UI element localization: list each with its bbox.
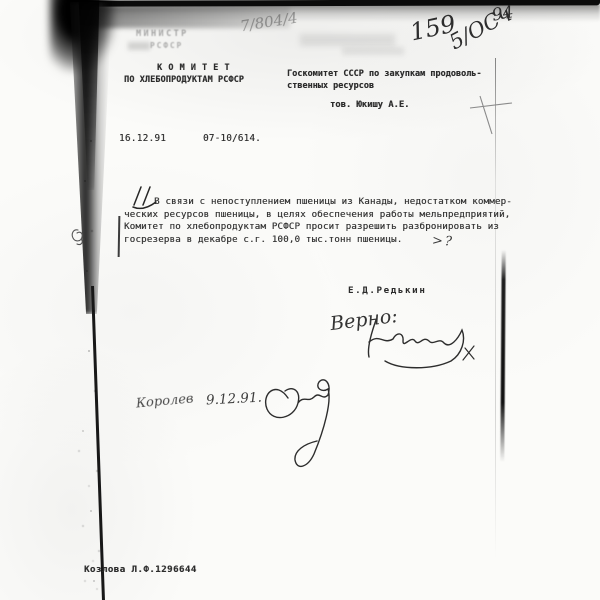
scan-noise-speckles — [74, 430, 76, 432]
body-line: В связи с непоступлением пшеницы из Кана… — [124, 196, 554, 209]
reviewer-signature — [256, 368, 356, 480]
faded-stamp-line2: РСФСР — [150, 41, 183, 50]
handwritten-insertion-mark — [131, 183, 159, 211]
handwritten-cross-mark — [466, 90, 516, 138]
faded-stamp-line1: МИНИСТР — [136, 29, 189, 39]
certifier-signature — [352, 310, 484, 374]
margin-doodle — [68, 226, 88, 248]
handwritten-registration-number: 94 — [490, 2, 515, 25]
document-date: 16.12.91 — [119, 133, 166, 144]
letterhead-subtitle: ПО ХЛЕБОПРОДУКТАМ РСФСР — [124, 75, 244, 85]
body-paragraph: В связи с непоступлением пшеницы из Кана… — [124, 196, 554, 246]
bleedthrough-smudge — [128, 42, 150, 50]
body-line: госрезерва в декабре с.г. 100,0 тыс.тонн… — [124, 234, 554, 247]
executor-line: Козлова Л.Ф.1296644 — [84, 564, 197, 575]
bleedthrough-smudge — [300, 34, 395, 46]
handwritten-reviewer-name: Королев — [135, 392, 194, 412]
recipient-org-line2: ственных ресурсов — [287, 81, 374, 91]
recipient-org-line1: Госкомитет СССР по закупкам продоволь- — [287, 69, 481, 79]
document-ref-number: 07-10/614. — [203, 133, 261, 144]
scan-noise-speckles — [88, 110, 90, 112]
scan-left-edge-line — [91, 286, 105, 600]
body-line: Комитет по хлебопродуктам РСФСР просит р… — [124, 221, 554, 234]
page-fold-streak — [500, 250, 505, 462]
handwritten-query-mark: >? — [432, 233, 455, 249]
letterhead-title: К О М И Т Е Т — [157, 63, 230, 73]
scanned-document-page: МИНИСТР РСФСР 7/804/4 159 5/ОСч 94 К О М… — [0, 0, 600, 600]
handwritten-review-date: 9.12.91. — [206, 390, 263, 409]
body-line: ческих ресурсов пшеницы, в целях обеспеч… — [124, 209, 554, 222]
margin-pen-line — [118, 216, 120, 257]
typed-signer-name: Е.Д.Редькин — [348, 285, 426, 296]
recipient-attention-line: тов. Юкишу А.Е. — [330, 100, 409, 110]
bleedthrough-smudge — [342, 47, 404, 55]
